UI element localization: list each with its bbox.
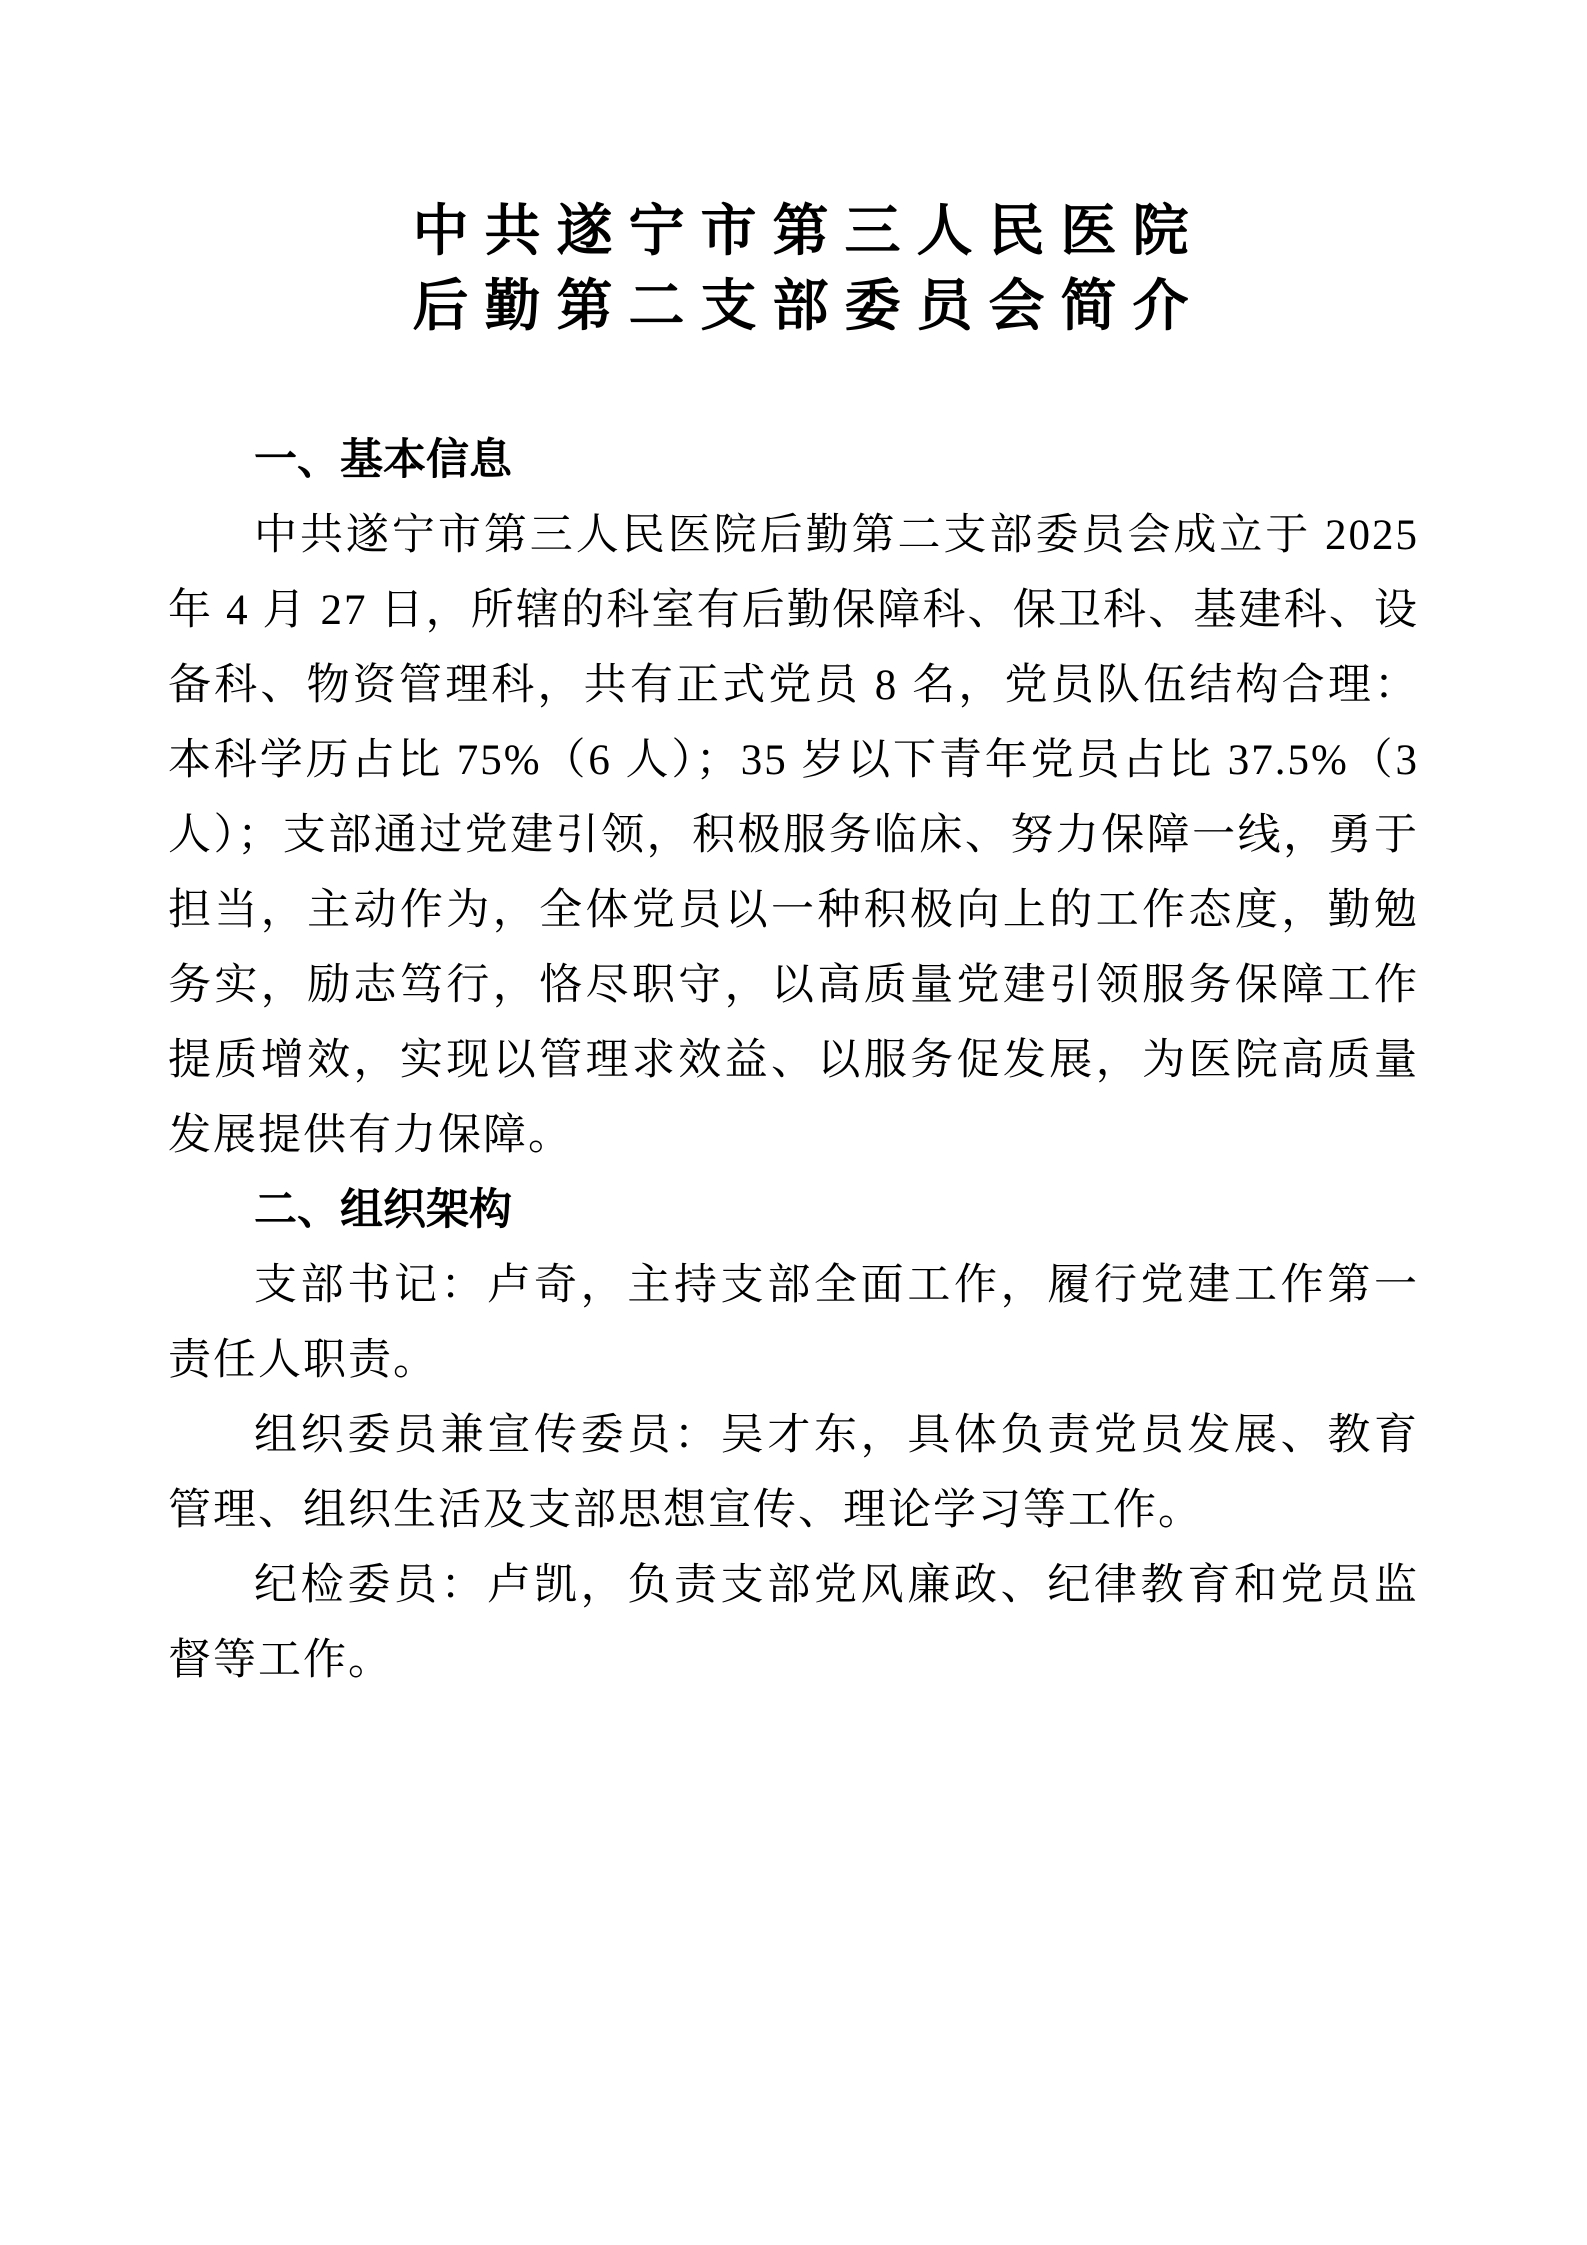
org-structure-paragraph-organizer: 组织委员兼宣传委员：吴才东，具体负责党员发展、教育管理、组织生活及支部思想宣传、… xyxy=(168,1398,1419,1548)
basic-info-paragraph: 中共遂宁市第三人民医院后勤第二支部委员会成立于 2025 年 4 月 27 日，… xyxy=(168,498,1419,1173)
org-structure-paragraph-discipline: 纪检委员：卢凯，负责支部党风廉政、纪律教育和党员监督等工作。 xyxy=(168,1548,1419,1698)
document-title: 中共遂宁市第三人民医院 后勤第二支部委员会简介 xyxy=(168,195,1419,345)
section-heading-org-structure: 二、组织架构 xyxy=(168,1173,1419,1248)
org-structure-paragraph-secretary: 支部书记：卢奇，主持支部全面工作，履行党建工作第一责任人职责。 xyxy=(168,1248,1419,1398)
document-page: 中共遂宁市第三人民医院 后勤第二支部委员会简介 一、基本信息 中共遂宁市第三人民… xyxy=(0,0,1587,2245)
section-heading-basic-info: 一、基本信息 xyxy=(168,423,1419,498)
doc-title-line-2: 后勤第二支部委员会简介 xyxy=(198,270,1419,345)
blank-line xyxy=(168,345,1419,423)
doc-title-line-1: 中共遂宁市第三人民医院 xyxy=(198,195,1419,270)
